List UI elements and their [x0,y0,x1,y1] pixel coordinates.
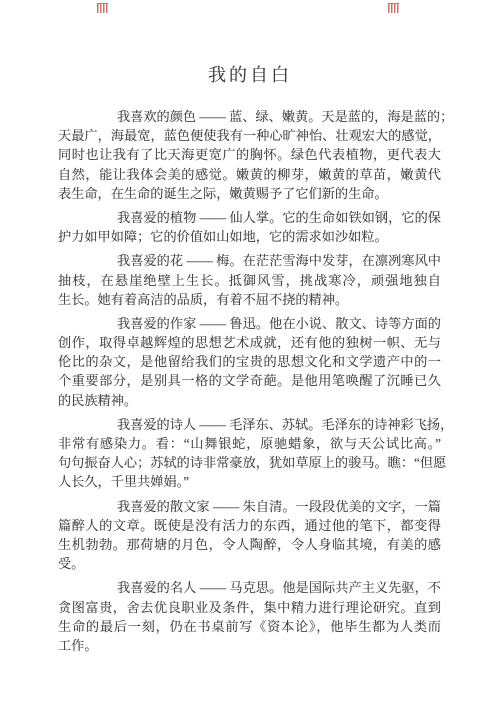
red-watermark-right-icon [388,3,399,13]
text-line: 我喜欢的颜色 —— 蓝、绿、嫩黄。天是蓝的，海是蓝的； [58,107,441,126]
text-line: 非常有感染力。看：“山舞银蛇，原驰蜡象，欲与天公试比高。” [58,434,441,453]
paragraph: 我喜爱的诗人 —— 毛泽东、苏轼。毛泽东的诗神彩飞扬，非常有感染力。看：“山舞银… [58,415,441,492]
text-line: 工作。 [58,636,441,655]
text-line: 我喜爱的名人 —— 马克思。他是国际共产主义先驱，不 [58,578,441,597]
paragraph: 我喜爱的名人 —— 马克思。他是国际共产主义先驱，不贪图富贵，舍去优良职业及条件… [58,578,441,655]
text-line: 生长。她有着高洁的品质，有着不屈不挠的精神。 [58,290,441,309]
text-line: 同时也让我有了比天海更宽广的胸怀。绿色代表植物，更代表大 [58,145,441,164]
text-line: 天最广，海最宽，蓝色便使我有一种心旷神怡、壮观宏大的感觉， [58,126,441,145]
text-line: 我喜爱的诗人 —— 毛泽东、苏轼。毛泽东的诗神彩飞扬， [58,415,441,434]
text-line: 受。 [58,554,441,573]
text-line: 护力如甲如障；它的价值如山如地，它的需求如沙如粒。 [58,227,441,246]
text-line: 我喜爱的作家 —— 鲁迅。他在小说、散文、诗等方面的 [58,314,441,333]
text-line: 人长久，千里共婵娟。” [58,472,441,491]
text-line: 我喜爱的花 —— 梅。在茫茫雪海中发芽，在凛冽寒风中 [58,251,441,270]
text-line: 抽枝，在悬崖绝壁上生长。抵御风雪，挑战寒冷，顽强地独自 [58,271,441,290]
text-line: 我喜爱的散文家 —— 朱自清。一段段优美的文字，一篇 [58,497,441,516]
text-line: 伦比的杂文，是他留给我们的宝贵的思想文化和文学遗产中的一 [58,352,441,371]
text-line: 表生命，在生命的诞生之际，嫩黄赐予了它们新的生命。 [58,184,441,203]
text-line: 句句振奋人心；苏轼的诗非常豪放，犹如草原上的骏马。瞧：“但愿 [58,453,441,472]
text-line: 篇醉人的文章。既使是没有活力的东西，通过他的笔下，都变得 [58,516,441,535]
page-title: 我的自白 [0,0,500,84]
text-line: 的民族精神。 [58,391,441,410]
text-line: 生命的最后一刻，仍在书桌前写《资本论》，他毕生都为人类而 [58,617,441,636]
document-page: 我的自白 我喜欢的颜色 —— 蓝、绿、嫩黄。天是蓝的，海是蓝的；天最广，海最宽，… [0,0,500,708]
text-line: 个重要部分，是别具一格的文学奇葩。是他用笔唤醒了沉睡已久 [58,371,441,390]
paragraph: 我喜爱的植物 —— 仙人掌。它的生命如铁如钢，它的保护力如甲如障；它的价值如山如… [58,208,441,246]
text-line: 创作，取得卓越辉煌的思想艺术成就，还有他的独树一帜、无与 [58,333,441,352]
paragraph: 我喜爱的散文家 —— 朱自清。一段段优美的文字，一篇篇醉人的文章。既使是没有活力… [58,497,441,574]
text-line: 生机勃勃。那荷塘的月色，令人陶醉，令人身临其境，有美的感 [58,535,441,554]
text-line: 贪图富贵，舍去优良职业及条件，集中精力进行理论研究。直到 [58,598,441,617]
paragraph: 我喜爱的作家 —— 鲁迅。他在小说、散文、诗等方面的创作，取得卓越辉煌的思想艺术… [58,314,441,410]
red-watermark-left-icon [97,3,108,13]
text-line: 自然，能让我体会美的感觉。嫩黄的柳芽，嫩黄的草苗，嫩黄代 [58,165,441,184]
text-line: 我喜爱的植物 —— 仙人掌。它的生命如铁如钢，它的保 [58,208,441,227]
paragraph: 我喜欢的颜色 —— 蓝、绿、嫩黄。天是蓝的，海是蓝的；天最广，海最宽，蓝色便使我… [58,107,441,203]
document-body: 我喜欢的颜色 —— 蓝、绿、嫩黄。天是蓝的，海是蓝的；天最广，海最宽，蓝色便使我… [58,107,441,660]
paragraph: 我喜爱的花 —— 梅。在茫茫雪海中发芽，在凛冽寒风中抽枝，在悬崖绝壁上生长。抵御… [58,251,441,309]
